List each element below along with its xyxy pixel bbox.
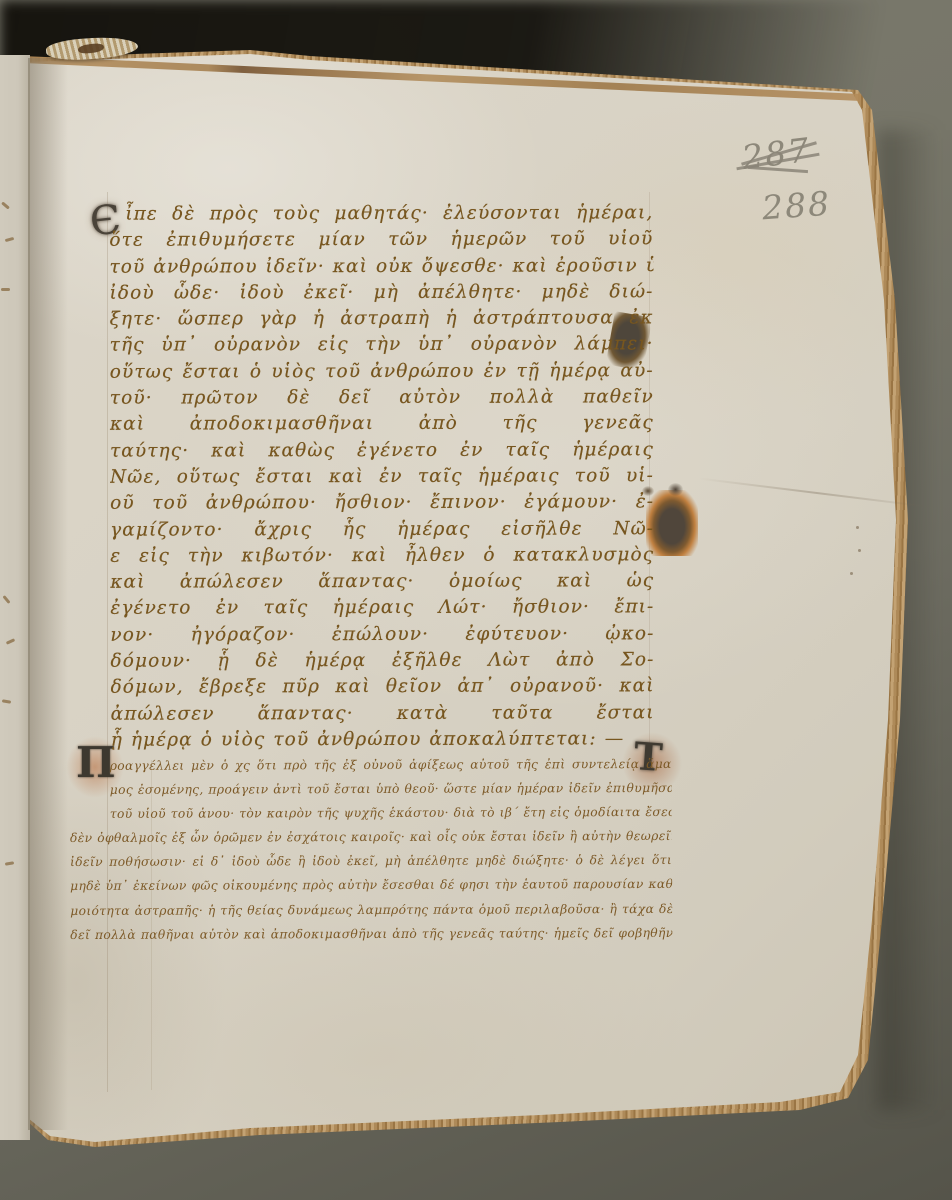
pricking-dot bbox=[856, 526, 859, 529]
burn-spot bbox=[668, 483, 683, 496]
text-line: Νῶε, οὕτως ἔσται καὶ ἐν ταῖς ἡμέραις τοῦ… bbox=[110, 463, 654, 491]
text-line: δόμουν· ᾗ δὲ ἡμέρᾳ ἐξῆλθε Λὼτ ἀπὸ Σο- bbox=[110, 647, 654, 675]
text-line: ἐγένετο ἐν ταῖς ἡμέραις Λώτ· ἤσθιον· ἔπι… bbox=[110, 595, 654, 623]
main-text-block: ἶπε δὲ πρὸς τοὺς μαθητάς· ἐλεύσονται ἡμέ… bbox=[109, 200, 654, 754]
facing-page-ink-mark bbox=[1, 288, 10, 291]
commentary-line: μος ἐσομένης, προάγειν ἀντὶ τοῦ ἔσται ὑπ… bbox=[110, 776, 672, 802]
ruling-line-left bbox=[107, 192, 108, 1092]
commentary-line: μηδὲ ὑπ᾽ ἐκείνων φῶς οἰκουμένης πρὸς αὐτ… bbox=[70, 872, 672, 898]
text-line: οῦ τοῦ ἀνθρώπου· ἤσθιον· ἔπινον· ἐγάμουν… bbox=[110, 490, 654, 518]
text-line: τοῦ· πρῶτον δὲ δεῖ αὐτὸν πολλὰ παθεῖν bbox=[110, 384, 654, 412]
commentary-text-block: ροαγγέλλει μὲν ὁ χς ὅτι πρὸ τῆς ἐξ οὐνοῦ… bbox=[70, 752, 673, 947]
text-line: οὕτως ἔσται ὁ υἱὸς τοῦ ἀνθρώπου ἐν τῇ ἡμ… bbox=[110, 358, 654, 386]
text-line: ἀπώλεσεν ἅπαντας· κατὰ ταῦτα ἔσται bbox=[111, 700, 655, 728]
pricking-dot bbox=[850, 572, 853, 575]
text-line: καὶ ἀποδοκιμασθῆναι ἀπὸ τῆς γενεᾶς bbox=[110, 411, 654, 439]
commentary-line: μοιότητα ἀστραπῆς· ἡ τῆς θείας δυνάμεως … bbox=[70, 897, 672, 923]
folio-number: 288 bbox=[761, 184, 833, 228]
pricking-dot bbox=[858, 549, 861, 552]
text-line: δόμων, ἔβρεξε πῦρ καὶ θεῖον ἀπ᾽ οὐρανοῦ·… bbox=[111, 674, 655, 702]
text-line: τοῦ ἀνθρώπου ἰδεῖν· καὶ οὐκ ὄψεσθε· καὶ … bbox=[109, 253, 653, 281]
text-line: ἶπε δὲ πρὸς τοὺς μαθητάς· ἐλεύσονται ἡμέ… bbox=[109, 200, 653, 228]
text-line: ᾗ ἡμέρᾳ ὁ υἱὸς τοῦ ἀνθρώπου ἀποκαλύπτετα… bbox=[111, 726, 655, 754]
gutter-shadow bbox=[28, 58, 68, 1130]
text-line: ξητε· ὥσπερ γὰρ ἡ ἀστραπὴ ἡ ἀστράπτουσα … bbox=[110, 305, 654, 333]
commentary-line: τοῦ υἱοῦ τοῦ ἀνου· τὸν καιρὸν τῆς ψυχῆς … bbox=[110, 800, 672, 826]
text-line: καὶ ἀπώλεσεν ἅπαντας· ὁμοίως καὶ ὡς bbox=[110, 568, 654, 596]
commentary-line: δὲν ὀφθαλμοῖς ἐξ ὧν ὁρῶμεν ἐν ἐσχάτοις κ… bbox=[70, 824, 672, 850]
manuscript-photo: 287 288 Є Π T ἶπε δὲ πρὸς τοὺς μαθητάς· … bbox=[0, 0, 952, 1200]
text-line: τῆς ὑπ᾽ οὐρανὸν εἰς τὴν ὑπ᾽ οὐρανὸν λάμπ… bbox=[110, 332, 654, 360]
text-line: ὅτε ἐπιθυμήσετε μίαν τῶν ἡμερῶν τοῦ υἱοῦ bbox=[109, 227, 653, 255]
commentary-line: ροαγγέλλει μὲν ὁ χς ὅτι πρὸ τῆς ἐξ οὐνοῦ… bbox=[110, 752, 672, 778]
text-line: ε εἰς τὴν κιβωτόν· καὶ ἦλθεν ὁ κατακλυσμ… bbox=[110, 542, 654, 570]
text-line: γαμίζοντο· ἄχρις ἧς ἡμέρας εἰσῆλθε Νῶ- bbox=[110, 516, 654, 544]
text-line: ταύτης· καὶ καθὼς ἐγένετο ἐν ταῖς ἡμέραι… bbox=[110, 437, 654, 465]
text-line: ἰδοὺ ὧδε· ἰδοὺ ἐκεῖ· μὴ ἀπέλθητε· μηδὲ δ… bbox=[109, 279, 653, 307]
commentary-line: δεῖ πολλὰ παθῆναι αὐτὸν καὶ ἀποδοκιμασθῆ… bbox=[70, 921, 672, 947]
initial-pi-spacer bbox=[70, 754, 110, 804]
commentary-line: ἰδεῖν ποθήσωσιν· εἰ δ᾽ ἰδοὺ ὧδε ἢ ἰδοὺ ἐ… bbox=[70, 848, 672, 874]
text-line: νον· ἠγόραζον· ἐπώλουν· ἐφύτευον· ᾠκο- bbox=[110, 621, 654, 649]
